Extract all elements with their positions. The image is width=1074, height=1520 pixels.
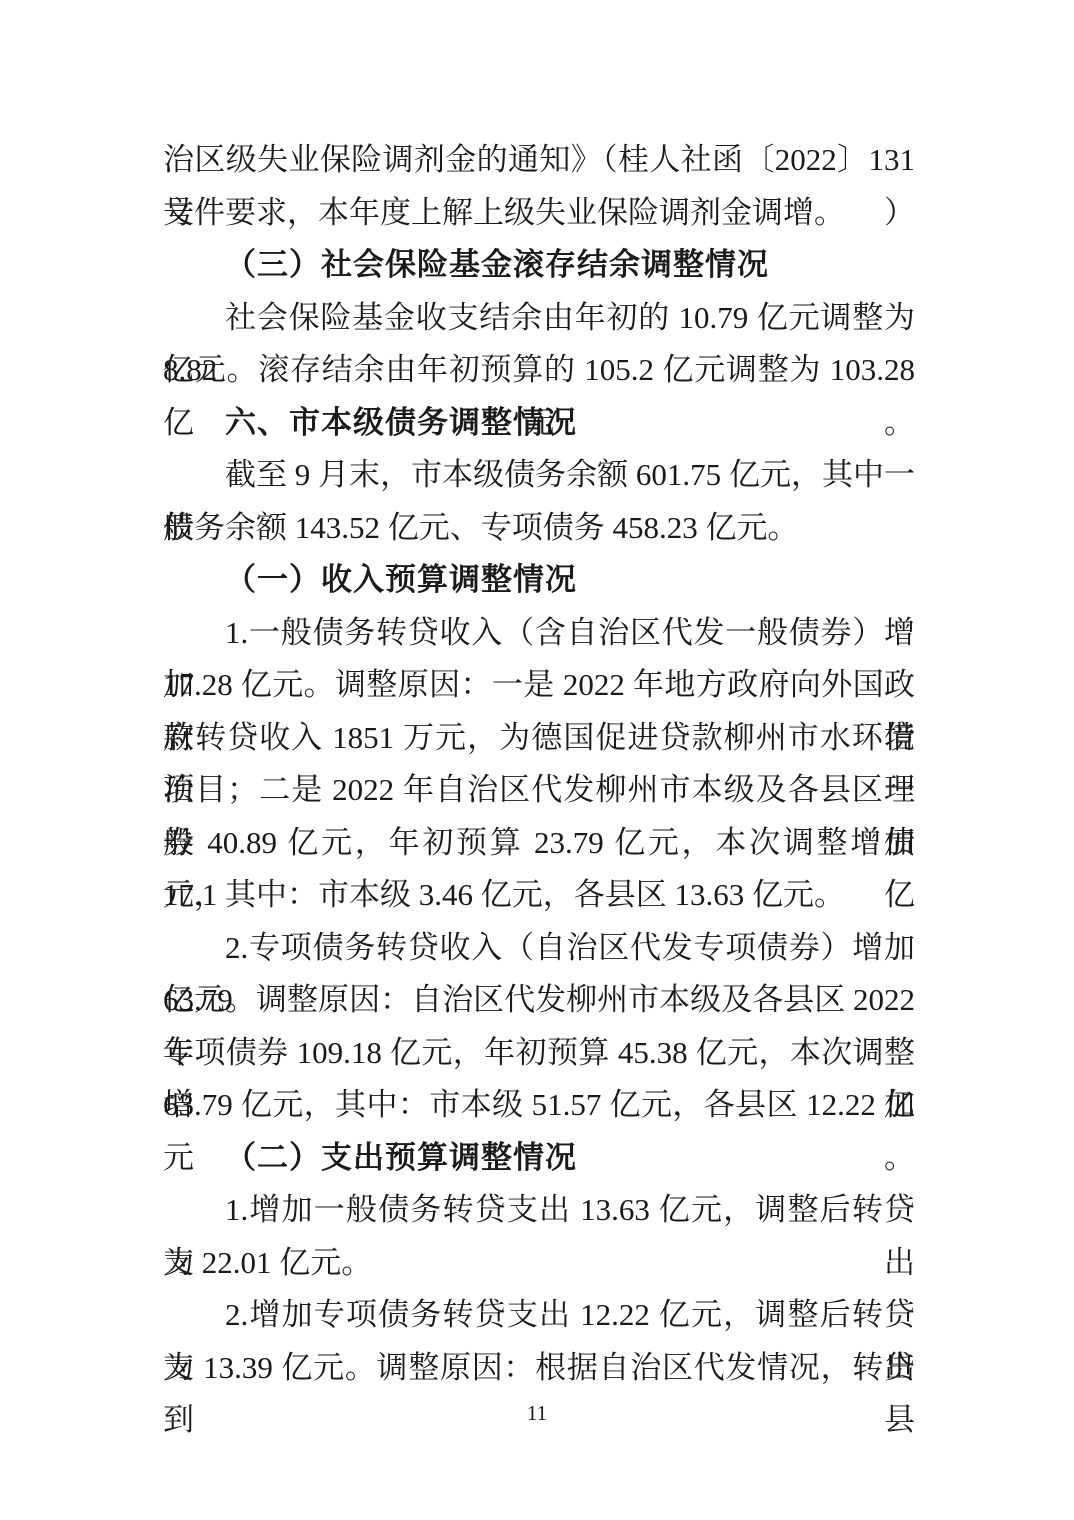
- text-line: 券 40.89 亿元，年初预算 23.79 亿元，本次调整增加 17.1 亿: [163, 817, 915, 870]
- text-line: 治区级失业保险调剂金的通知》（桂人社函〔2022〕131 号）: [163, 134, 915, 187]
- text-line: 专项债券 109.18 亿元，年初预算 45.38 亿元，本次调整增加: [163, 1027, 915, 1080]
- text-line: 文件要求，本年度上解上级失业保险调剂金调增。: [163, 187, 915, 240]
- section-heading: （三）社会保险基金滚存结余调整情况: [163, 239, 915, 292]
- text-line: 17.28 亿元。调整原因：一是 2022 年地方政府向外国政府借: [163, 659, 915, 712]
- document-page: 治区级失业保险调剂金的通知》（桂人社函〔2022〕131 号） 文件要求，本年度…: [0, 0, 1074, 1520]
- text-line: 债务余额 143.52 亿元、专项债务 458.23 亿元。: [163, 502, 915, 555]
- text-line: 亿元。调整原因：自治区代发柳州市本级及各县区 2022 年: [163, 974, 915, 1027]
- text-line: 元，其中：市本级 3.46 亿元，各县区 13.63 亿元。: [163, 869, 915, 922]
- text-line: 2.专项债务转贷收入（自治区代发专项债券）增加 63.79: [163, 922, 915, 975]
- text-line: 1.增加一般债务转贷支出 13.63 亿元，调整后转贷支出: [163, 1184, 915, 1237]
- section-heading: （一）收入预算调整情况: [163, 554, 915, 607]
- page-number: 11: [0, 1398, 1074, 1428]
- text-line: 亿元。滚存结余由年初预算的 105.2 亿元调整为 103.28 亿元。: [163, 344, 915, 397]
- text-line: 款转贷收入 1851 万元，为德国促进贷款柳州市水环境治理: [163, 712, 915, 765]
- text-line: 63.79 亿元，其中：市本级 51.57 亿元，各县区 12.22 亿元。: [163, 1079, 915, 1132]
- text-line: 为 13.39 亿元。调整原因：根据自治区代发情况，转贷到县: [163, 1342, 915, 1395]
- text-line: 项目；二是 2022 年自治区代发柳州市本级及各县区一般债: [163, 764, 915, 817]
- text-line: 1.一般债务转贷收入（含自治区代发一般债券）增加: [163, 607, 915, 660]
- text-line: 社会保险基金收支结余由年初的 10.79 亿元调整为 8.82: [163, 292, 915, 345]
- document-body: 治区级失业保险调剂金的通知》（桂人社函〔2022〕131 号） 文件要求，本年度…: [163, 134, 915, 1394]
- text-line: 2.增加专项债务转贷支出 12.22 亿元，调整后转贷支出: [163, 1289, 915, 1342]
- text-line: 截至 9 月末，市本级债务余额 601.75 亿元，其中一般: [163, 449, 915, 502]
